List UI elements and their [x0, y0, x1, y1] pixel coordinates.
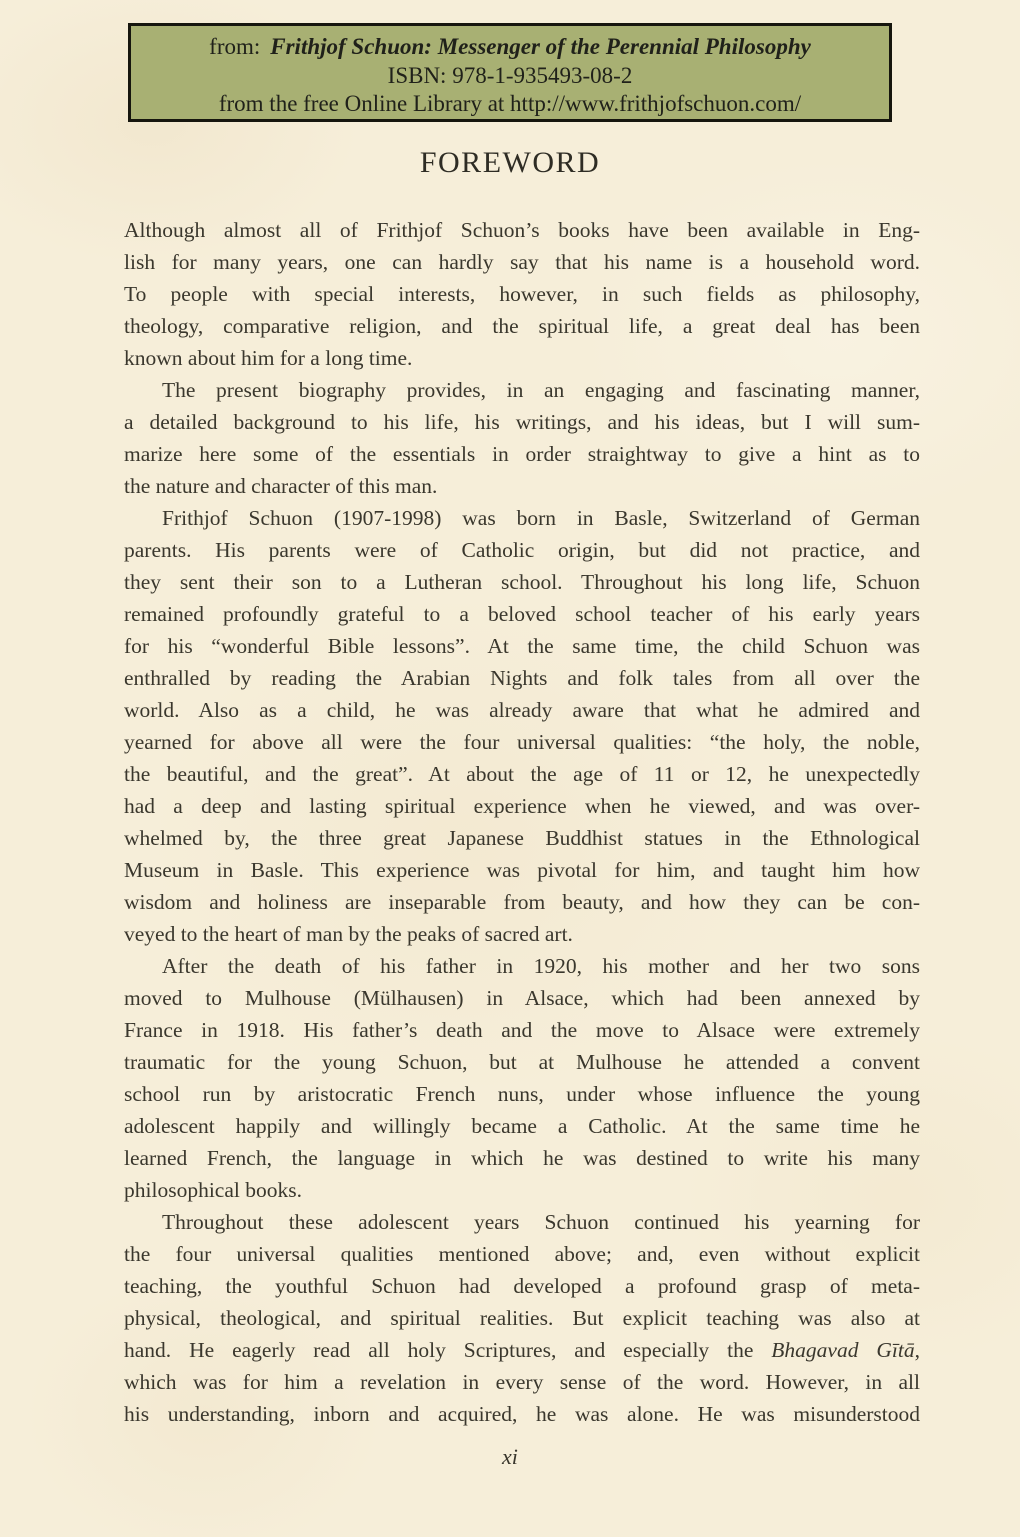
text-line: had a deep and lasting spiritual experie… — [124, 790, 920, 822]
text-line: veyed to the heart of man by the peaks o… — [124, 918, 920, 950]
page-title: FOREWORD — [0, 146, 1020, 180]
text-line: remained profoundly grateful to a belove… — [124, 598, 920, 630]
page-number: xi — [0, 1444, 1020, 1470]
body-text: Although almost all of Frithjof Schuon’s… — [124, 214, 920, 1430]
text-line: for his “wonderful Bible lessons”. At th… — [124, 630, 920, 662]
text-line: his understanding, inborn and acquired, … — [124, 1398, 920, 1430]
text-line: physical, theological, and spiritual rea… — [124, 1302, 920, 1334]
text-line: yearned for above all were the four univ… — [124, 726, 920, 758]
paragraph: Although almost all of Frithjof Schuon’s… — [124, 214, 920, 374]
library-line: from the free Online Library at http://w… — [131, 90, 889, 119]
text-line: the nature and character of this man. — [124, 470, 920, 502]
text-line: which was for him a revelation in every … — [124, 1366, 920, 1398]
source-prefix: from: — [209, 34, 260, 59]
text-line: enthralled by reading the Arabian Nights… — [124, 662, 920, 694]
text-line: a detailed background to his life, his w… — [124, 406, 920, 438]
text-line: the beautiful, and the great”. At about … — [124, 758, 920, 790]
book-title: Frithjof Schuon: Messenger of the Perenn… — [270, 34, 811, 59]
text-line: Although almost all of Frithjof Schuon’s… — [124, 214, 920, 246]
text-line: parents. His parents were of Catholic or… — [124, 534, 920, 566]
text-line: moved to Mulhouse (Mülhausen) in Alsace,… — [124, 982, 920, 1014]
text-line: teaching, the youthful Schuon had develo… — [124, 1270, 920, 1302]
text-line: marize here some of the essentials in or… — [124, 438, 920, 470]
isbn-line: ISBN: 978-1-935493-08-2 — [131, 62, 889, 91]
text-line: theology, comparative religion, and the … — [124, 310, 920, 342]
text-line: Frithjof Schuon (1907-1998) was born in … — [124, 502, 920, 534]
text-line: they sent their son to a Lutheran school… — [124, 566, 920, 598]
text-line: After the death of his father in 1920, h… — [124, 950, 920, 982]
text-line: adolescent happily and willingly became … — [124, 1110, 920, 1142]
page: from:Frithjof Schuon: Messenger of the P… — [0, 0, 1020, 1537]
text-line: wisdom and holiness are inseparable from… — [124, 886, 920, 918]
text-line: The present biography provides, in an en… — [124, 374, 920, 406]
text-line: whelmed by, the three great Japanese Bud… — [124, 822, 920, 854]
text-line: hand. He eagerly read all holy Scripture… — [124, 1334, 920, 1366]
text-line: traumatic for the young Schuon, but at M… — [124, 1046, 920, 1078]
text-line: world. Also as a child, he was already a… — [124, 694, 920, 726]
text-line: learned French, the language in which he… — [124, 1142, 920, 1174]
source-attribution-box: from:Frithjof Schuon: Messenger of the P… — [128, 23, 892, 122]
text-line: lish for many years, one can hardly say … — [124, 246, 920, 278]
source-line: from:Frithjof Schuon: Messenger of the P… — [131, 33, 889, 62]
paragraph: The present biography provides, in an en… — [124, 374, 920, 502]
text-line: To people with special interests, howeve… — [124, 278, 920, 310]
paragraph: After the death of his father in 1920, h… — [124, 950, 920, 1206]
text-line: the four universal qualities mentioned a… — [124, 1238, 920, 1270]
text-line: Museum in Basle. This experience was piv… — [124, 854, 920, 886]
paragraph: Frithjof Schuon (1907-1998) was born in … — [124, 502, 920, 950]
text-line: France in 1918. His father’s death and t… — [124, 1014, 920, 1046]
paragraph: Throughout these adolescent years Schuon… — [124, 1206, 920, 1430]
text-line: Throughout these adolescent years Schuon… — [124, 1206, 920, 1238]
text-line: school run by aristocratic French nuns, … — [124, 1078, 920, 1110]
text-line: philosophical books. — [124, 1174, 920, 1206]
text-line: known about him for a long time. — [124, 342, 920, 374]
